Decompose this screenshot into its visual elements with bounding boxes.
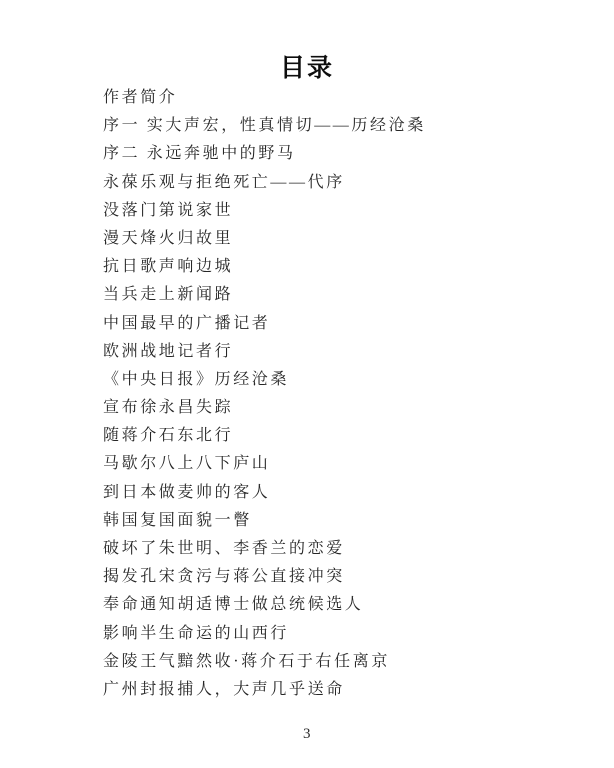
page-title: 目录 <box>0 54 614 82</box>
toc-entry: 永葆乐观与拒绝死亡——代序 <box>103 169 584 197</box>
toc-entry: 没落门第说家世 <box>103 197 584 225</box>
toc-entry: 中国最早的广播记者 <box>103 310 584 338</box>
page-number: 3 <box>0 726 614 743</box>
toc-entry: 宣布徐永昌失踪 <box>103 394 584 422</box>
toc-entry: 马歇尔八上八下庐山 <box>103 450 584 478</box>
toc-list: 作者简介序一 实大声宏，性真情切——历经沧桑序二 永远奔驰中的野马永葆乐观与拒绝… <box>103 84 584 704</box>
toc-entry: 序二 永远奔驰中的野马 <box>103 140 584 168</box>
toc-entry: 抗日歌声响边城 <box>103 253 584 281</box>
toc-entry: 《中央日报》历经沧桑 <box>103 366 584 394</box>
toc-entry: 揭发孔宋贪污与蒋公直接冲突 <box>103 563 584 591</box>
toc-entry: 欧洲战地记者行 <box>103 338 584 366</box>
toc-entry: 随蒋介石东北行 <box>103 422 584 450</box>
toc-entry: 到日本做麦帅的客人 <box>103 479 584 507</box>
toc-entry: 序一 实大声宏，性真情切——历经沧桑 <box>103 112 584 140</box>
toc-entry: 影响半生命运的山西行 <box>103 620 584 648</box>
toc-page: 目录 作者简介序一 实大声宏，性真情切——历经沧桑序二 永远奔驰中的野马永葆乐观… <box>0 0 614 768</box>
toc-entry: 韩国复国面貌一瞥 <box>103 507 584 535</box>
toc-entry: 当兵走上新闻路 <box>103 281 584 309</box>
toc-entry: 破坏了朱世明、李香兰的恋爱 <box>103 535 584 563</box>
toc-entry: 漫天烽火归故里 <box>103 225 584 253</box>
toc-entry: 广州封报捕人，大声几乎送命 <box>103 676 584 704</box>
toc-entry: 奉命通知胡适博士做总统候选人 <box>103 591 584 619</box>
toc-entry: 金陵王气黯然收·蒋介石于右任离京 <box>103 648 584 676</box>
toc-entry: 作者简介 <box>103 84 584 112</box>
